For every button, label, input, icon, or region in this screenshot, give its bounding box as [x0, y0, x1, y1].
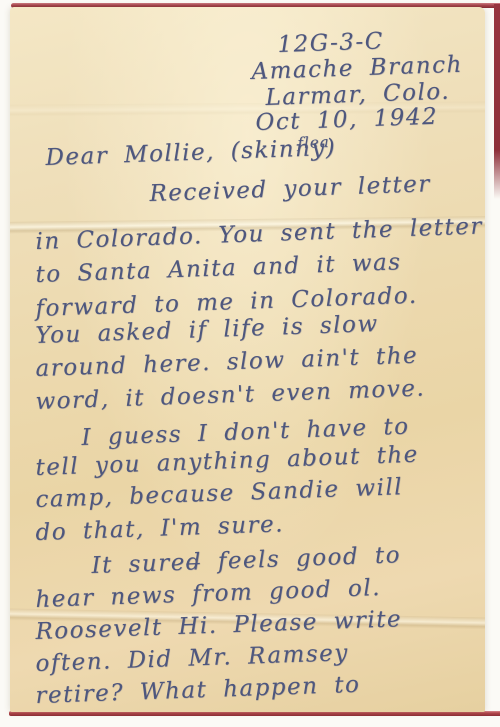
red-book-edge-right — [494, 4, 500, 199]
letter-line: retire? What happen to — [35, 671, 361, 710]
letter-line: in Colorado. You sent the letter — [35, 212, 483, 256]
letter-photo: 12G-3-C Amache Branch Larmar, Colo. Oct … — [0, 0, 500, 727]
letter-line: to Santa Anita and it was — [35, 248, 402, 289]
letter-paper: 12G-3-C Amache Branch Larmar, Colo. Oct … — [10, 7, 485, 712]
salutation: Dear Mollie, (skinny) — [45, 134, 337, 172]
letter-header-date: Oct 10, 1942 — [255, 103, 439, 137]
letter-line: do that, I'm sure. — [35, 510, 284, 547]
letter-line: Received your letter — [149, 170, 431, 208]
